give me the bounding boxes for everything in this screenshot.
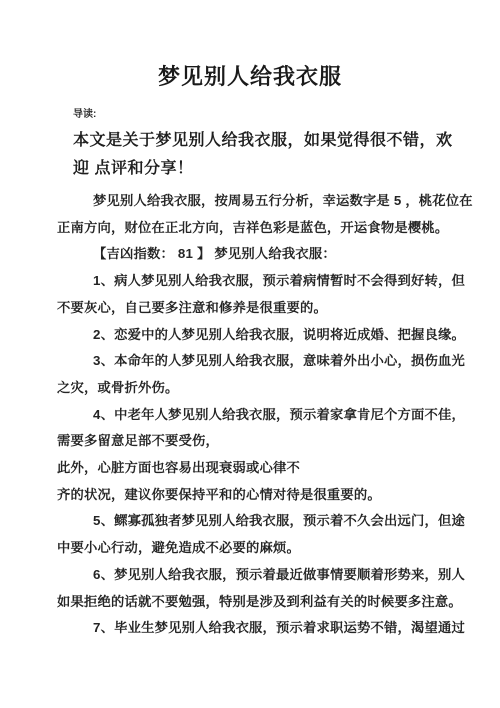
body-line: 4、中老年人梦见别人给我衣服，预示着家拿肯尼个方面不佳， <box>57 402 443 429</box>
body-line: 5、鳏寡孤独者梦见别人给我衣服，预示着不久会出远门，但途 <box>57 508 443 535</box>
body-line: 不要灰心，自己要多注意和修养是很重要的。 <box>57 295 443 322</box>
body-line: 需要多留意足部不要受伤， <box>57 428 443 455</box>
body-line: 中要小心行动，避免造成不必要的麻烦。 <box>57 535 443 562</box>
body-line: 1、病人梦见别人给我衣服，预示着病情暂时不会得到好转，但 <box>57 268 443 295</box>
body-line: 之灾，或骨折外伤。 <box>57 375 443 402</box>
document-title: 梦见别人给我衣服 <box>57 62 443 92</box>
body-line: 梦见别人给我衣服，按周易五行分析，幸运数字是 5 ，桃花位在 <box>57 188 443 215</box>
body-line: 7、毕业生梦见别人给我衣服，预示着求职运势不错，渴望通过 <box>57 615 443 642</box>
body-line: 正南方向，财位在正北方向，吉祥色彩是蓝色，开运食物是樱桃。 <box>57 215 443 242</box>
intro-line: 迎 点评和分享！ <box>73 155 443 183</box>
intro-paragraph: 本文是关于梦见别人给我衣服，如果觉得很不错，欢 迎 点评和分享！ <box>73 127 443 183</box>
body-line: 如果拒绝的话就不要勉强，特别是涉及到利益有关的时候要多注意。 <box>57 589 443 616</box>
body-line: 6、梦见别人给我衣服，预示着最近做事情要顺着形势来，别人 <box>57 562 443 589</box>
body-line: 此外，心脏方面也容易出现衰弱或心律不 <box>57 455 443 482</box>
body-line: 3、本命年的人梦见别人给我衣服，意味着外出小心，损伤血光 <box>57 348 443 375</box>
lead-label: 导读: <box>73 108 443 122</box>
body-line: 【吉凶指数： 81 】 梦见别人给我衣服： <box>57 241 443 268</box>
document-body: 梦见别人给我衣服，按周易五行分析，幸运数字是 5 ，桃花位在正南方向，财位在正北… <box>57 188 443 642</box>
intro-line: 本文是关于梦见别人给我衣服，如果觉得很不错，欢 <box>73 127 443 155</box>
document-page: 梦见别人给我衣服 导读: 本文是关于梦见别人给我衣服，如果觉得很不错，欢 迎 点… <box>0 0 500 708</box>
body-line: 齐的状况，建议你要保持平和的心情对待是很重要的。 <box>57 482 443 509</box>
body-line: 2、恋爱中的人梦见别人给我衣服，说明将近成婚、把握良缘。 <box>57 322 443 349</box>
